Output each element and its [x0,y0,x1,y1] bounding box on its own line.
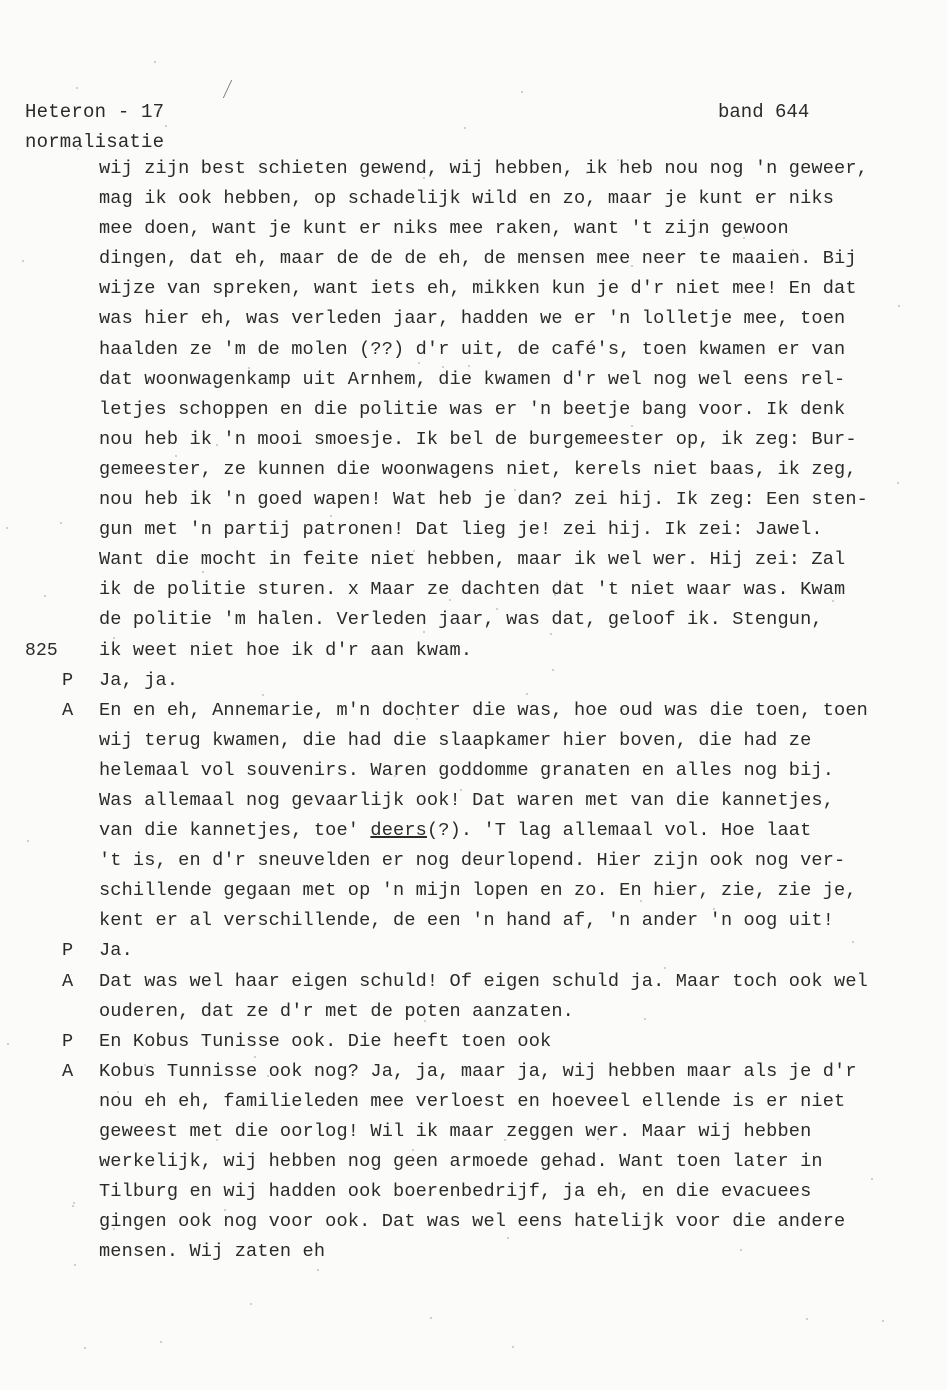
paper-speck [158,108,160,110]
paper-speck [664,967,666,969]
paper-speck [202,571,204,573]
transcript-line: dat woonwagenkamp uit Arnhem, die kwamen… [62,365,942,395]
paper-speck [832,600,834,602]
paper-speck [72,1205,74,1207]
paper-speck [468,365,470,367]
paper-speck [160,1341,162,1343]
transcript-line: AEn en eh, Annemarie, m'n dochter die wa… [62,696,942,726]
transcript-line: letjes schoppen en die politie was er 'n… [62,395,942,425]
typed-transcript-page: Heteron - 17 normalisatie band 644 wij z… [0,0,947,1390]
line-text: ouderen, dat ze d'r met de poten aanzate… [99,997,574,1027]
transcript-line: kent er al verschillende, de een 'n hand… [62,906,942,936]
paper-speck [224,1209,226,1211]
transcript-line: wijze van spreken, want iets eh, mikken … [62,274,942,304]
transcript-line: van die kannetjes, toe' deers(?). 'T lag… [62,816,942,846]
paper-speck [496,608,498,610]
transcript-line: schillende gegaan met op 'n mijn lopen e… [62,876,942,906]
paper-speck [73,1202,75,1204]
paper-speck [620,1190,622,1192]
paper-speck [76,87,78,89]
transcript-line: gemeester, ze kunnen die woonwagens niet… [62,455,942,485]
speaker-label: A [62,967,92,997]
paper-speck [852,941,854,943]
paper-speck [504,1139,506,1141]
line-text: mensen. Wij zaten eh [99,1237,325,1267]
line-text: de politie 'm halen. Verleden jaar, was … [99,605,823,635]
paper-speck [379,201,381,203]
paper-speck [428,1194,430,1196]
paper-speck [108,377,110,379]
paper-speck [60,522,62,524]
paper-speck [622,708,624,710]
paper-speck [673,890,675,892]
paper-speck [882,1320,884,1322]
line-text: nou eh eh, familieleden mee verloest en … [99,1087,845,1117]
paper-speck [631,425,633,427]
transcript-line: PJa. [62,936,942,966]
transcript-line: wij zijn best schieten gewend, wij hebbe… [62,154,942,184]
transcript-line: AKobus Tunnisse ook nog? Ja, ja, maar ja… [62,1057,942,1087]
transcript-line: nou heb ik 'n mooi smoesje. Ik bel de bu… [62,425,942,455]
paper-speck [806,1318,808,1320]
line-text: Want die mocht in feite niet hebben, maa… [99,545,845,575]
paper-speck [330,515,332,517]
paper-speck [6,527,8,529]
paper-speck [27,840,29,842]
line-text: helemaal vol souvenirs. Waren goddomme g… [99,756,834,786]
paper-speck [644,1018,646,1020]
paper-speck [554,594,556,596]
transcript-line: werkelijk, wij hebben nog geen armoede g… [62,1147,942,1177]
pen-mark [223,80,246,98]
line-text: wij zijn best schieten gewend, wij hebbe… [99,154,868,184]
transcript-line: mensen. Wij zaten eh [62,1237,942,1267]
paper-speck [22,260,24,262]
line-text: haalden ze 'm de molen (??) d'r uit, de … [99,335,845,365]
paper-speck [154,61,156,63]
paper-speck [597,1138,599,1140]
paper-speck [250,1303,252,1305]
paper-speck [262,694,264,696]
line-text: wij terug kwamen, die had die slaapkamer… [99,726,811,756]
line-text: wijze van spreken, want iets eh, mikken … [99,274,857,304]
line-text: nou heb ik 'n mooi smoesje. Ik bel de bu… [99,425,857,455]
paper-speck [216,1139,218,1141]
paper-speck [640,900,642,902]
line-text: van die kannetjes, toe' deers(?). 'T lag… [99,816,811,846]
transcript-line: PJa, ja. [62,666,942,696]
line-text: gun met 'n partij patronen! Dat lieg je!… [99,515,823,545]
transcript-line: nou heb ik 'n goed wapen! Wat heb je dan… [62,485,942,515]
line-text: Dat was wel haar eigen schuld! Of eigen … [99,967,868,997]
transcript-line: mee doen, want je kunt er niks mee raken… [62,214,942,244]
paper-speck [418,362,420,364]
paper-speck [77,148,79,150]
paper-speck [117,1091,119,1093]
line-text: werkelijk, wij hebben nog geen armoede g… [99,1147,823,1177]
margin-counter: 825 [25,636,58,666]
paper-speck [521,91,523,93]
paper-speck [7,1043,9,1045]
paper-speck [412,1149,414,1151]
transcript-line: ADat was wel haar eigen schuld! Of eigen… [62,967,942,997]
transcript-line: gingen ook nog voor ook. Dat was wel een… [62,1207,942,1237]
speaker-label: P [62,1027,92,1057]
transcript-line: geweest met die oorlog! Wil ik maar zegg… [62,1117,942,1147]
paper-speck [423,631,425,633]
paper-speck [740,1249,742,1251]
paper-speck [413,550,415,552]
transcript-line: haalden ze 'm de molen (??) d'r uit, de … [62,335,942,365]
transcript-line: gun met 'n partij patronen! Dat lieg je!… [62,515,942,545]
transcript-line: dingen, dat eh, maar de de de eh, de men… [62,244,942,274]
paper-speck [165,125,167,127]
paper-speck [897,482,899,484]
tape-number: band 644 [718,97,809,127]
line-text: En en eh, Annemarie, m'n dochter die was… [99,696,868,726]
paper-speck [267,1075,269,1077]
paper-speck [792,249,794,251]
line-text: gingen ook nog voor ook. Dat was wel een… [99,1207,845,1237]
paper-speck [84,1347,86,1349]
paper-speck [248,367,250,369]
line-text: ik de politie sturen. x Maar ze dachten … [99,575,845,605]
transcript-line: ouderen, dat ze d'r met de poten aanzate… [62,997,942,1027]
transcript-line: mag ik ook hebben, op schadelijk wild en… [62,184,942,214]
paper-speck [460,789,462,791]
paper-speck [423,177,425,179]
paper-speck [550,633,552,635]
paper-speck [702,892,704,894]
transcript-line: ik de politie sturen. x Maar ze dachten … [62,575,942,605]
line-text: Was allemaal nog gevaarlijk ook! Dat war… [99,786,834,816]
line-text: nou heb ik 'n goed wapen! Wat heb je dan… [99,485,868,515]
paper-speck [514,489,516,491]
line-text: dat woonwagenkamp uit Arnhem, die kwamen… [99,365,845,395]
transcript-line: PEn Kobus Tunisse ook. Die heeft toen oo… [62,1027,942,1057]
transcript-line: Tilburg en wij hadden ook boerenbedrijf,… [62,1177,942,1207]
paper-speck [74,1264,76,1266]
paper-speck [512,1346,514,1348]
paper-speck [871,1178,873,1180]
paper-speck [44,595,46,597]
paper-speck [631,265,633,267]
paper-speck [411,704,413,706]
paper-speck [113,1228,115,1230]
line-text: gemeester, ze kunnen die woonwagens niet… [99,455,857,485]
paper-speck [617,159,619,161]
speaker-label: A [62,696,92,726]
paper-speck [464,127,466,129]
paper-speck [898,305,900,307]
speaker-label: P [62,666,92,696]
paper-speck [113,637,115,639]
paper-speck [127,351,129,353]
transcript-line: wij terug kwamen, die had die slaapkamer… [62,726,942,756]
speaker-label: P [62,936,92,966]
paper-speck [175,455,177,457]
paper-speck [394,775,396,777]
paper-speck [449,599,451,601]
transcript-body: wij zijn best schieten gewend, wij hebbe… [62,154,942,1267]
speaker-label: A [62,1057,92,1087]
line-text: En Kobus Tunisse ook. Die heeft toen ook [99,1027,551,1057]
line-text: was hier eh, was verleden jaar, hadden w… [99,304,845,334]
line-text: Ja. [99,936,133,966]
transcript-line: Was allemaal nog gevaarlijk ook! Dat war… [62,786,942,816]
paper-speck [586,172,588,174]
paper-speck [566,582,568,584]
line-text: mee doen, want je kunt er niks mee raken… [99,214,789,244]
document-title: Heteron - 17 [25,97,164,127]
paper-speck [216,444,218,446]
line-text: schillende gegaan met op 'n mijn lopen e… [99,876,857,906]
paper-speck [317,1269,319,1271]
line-text: 't is, en d'r sneuvelden er nog deurlope… [99,846,845,876]
paper-speck [442,366,444,368]
document-subtitle: normalisatie [25,127,164,157]
paper-speck [713,908,715,910]
line-text: ik weet niet hoe ik d'r aan kwam. [99,636,472,666]
paper-speck [467,973,469,975]
paper-speck [254,1056,256,1058]
underlined-word: deers [370,820,427,841]
paper-speck [552,669,554,671]
transcript-line: 't is, en d'r sneuvelden er nog deurlope… [62,846,942,876]
paper-speck [144,1064,146,1066]
line-text: Ja, ja. [99,666,178,696]
line-text: letjes schoppen en die politie was er 'n… [99,395,845,425]
transcript-line: ik weet niet hoe ik d'r aan kwam.825 [62,636,942,666]
paper-speck [698,231,700,233]
transcript-line: Want die mocht in feite niet hebben, maa… [62,545,942,575]
paper-speck [743,237,745,239]
transcript-line: nou eh eh, familieleden mee verloest en … [62,1087,942,1117]
line-text: dingen, dat eh, maar de de de eh, de men… [99,244,857,274]
transcript-line: was hier eh, was verleden jaar, hadden w… [62,304,942,334]
line-text: Tilburg en wij hadden ook boerenbedrijf,… [99,1177,811,1207]
paper-speck [842,403,844,405]
line-text: kent er al verschillende, de een 'n hand… [99,906,834,936]
transcript-line: helemaal vol souvenirs. Waren goddomme g… [62,756,942,786]
line-text: Kobus Tunnisse ook nog? Ja, ja, maar ja,… [99,1057,857,1087]
paper-speck [424,1020,426,1022]
transcript-line: de politie 'm halen. Verleden jaar, was … [62,605,942,635]
line-text: geweest met die oorlog! Wil ik maar zegg… [99,1117,811,1147]
page-header: Heteron - 17 normalisatie [25,97,164,157]
paper-speck [507,1237,509,1239]
paper-speck [251,527,253,529]
paper-speck [304,524,306,526]
paper-speck [526,693,528,695]
paper-speck [430,1317,432,1319]
line-text: mag ik ook hebben, op schadelijk wild en… [99,184,834,214]
paper-speck [416,718,418,720]
